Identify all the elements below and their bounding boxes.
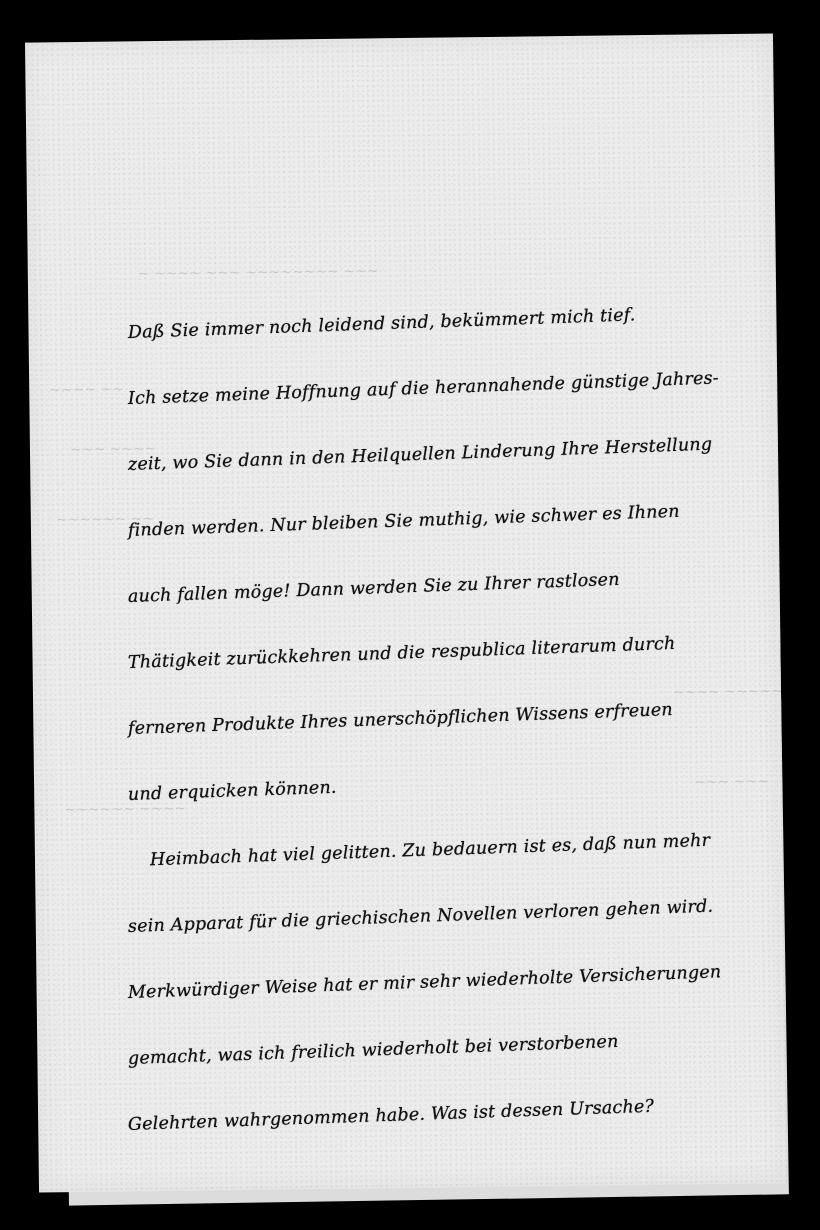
letter-body: Daß Sie immer noch leidend sind, bekümme…	[128, 300, 768, 1158]
bleed-through-text: ~ ~~~~ ~~~ ~~~~~~~~ ~~~	[138, 263, 379, 282]
bleed-through-text: ~~~~ ~~	[49, 381, 124, 398]
